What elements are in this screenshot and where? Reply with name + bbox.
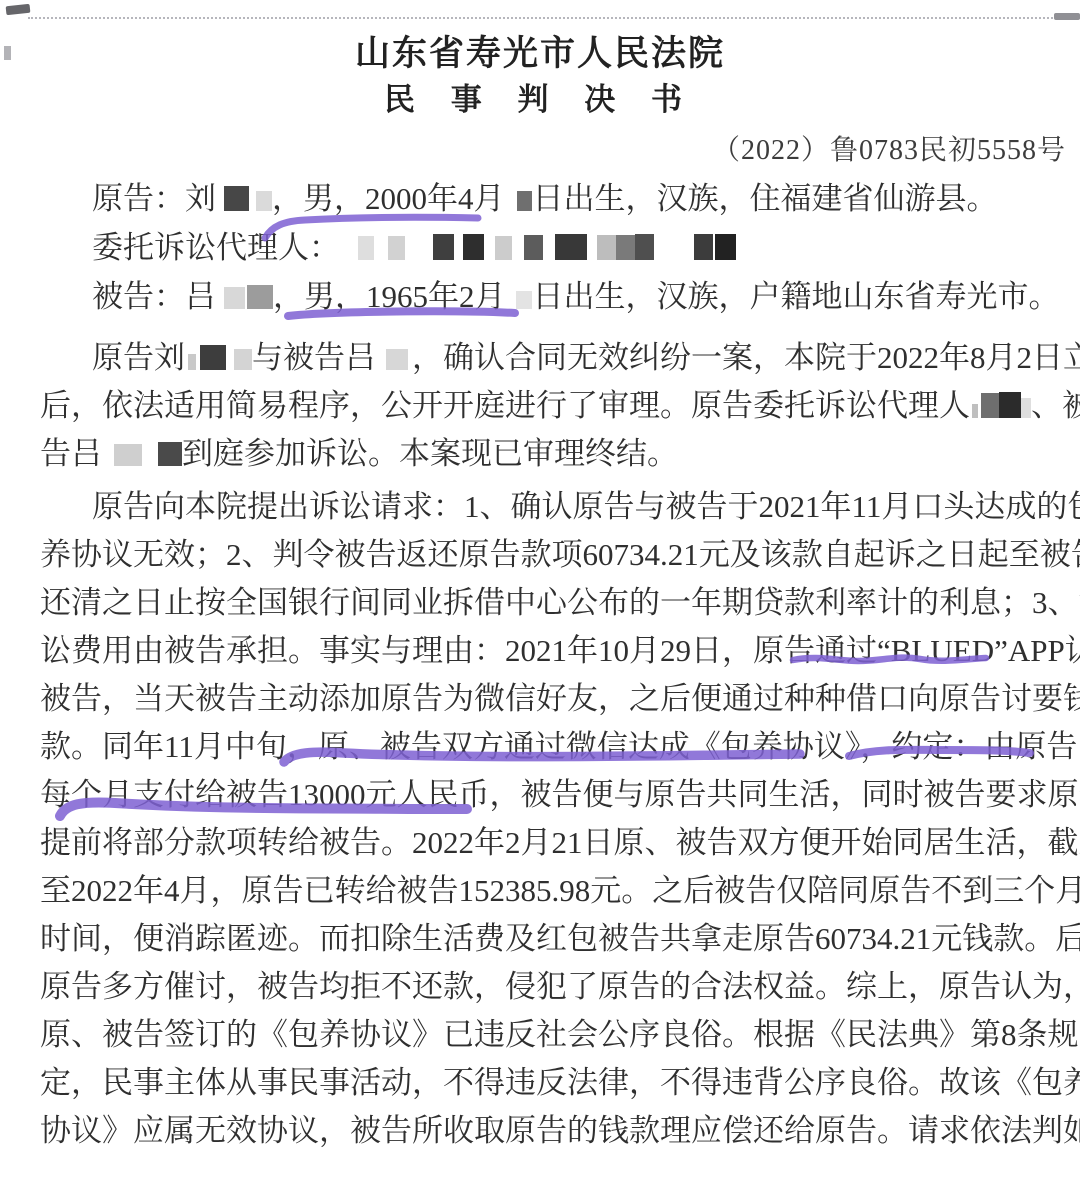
case-number: （2022）鲁0783民初5558号	[712, 128, 1066, 168]
claims-line: 还清之日止按全国银行间同业拆借中心公布的一年期贷款利率计的利息；3、诉	[40, 585, 1032, 621]
claims-line: 每个月支付给被告13000元人民币，被告便与原告共同生活，同时被告要求原告	[40, 777, 1032, 813]
claims-line: 原、被告签订的《包养协议》已违反社会公序良俗。根据《民法典》第8条规	[40, 1017, 1032, 1053]
redaction-block	[386, 349, 408, 370]
plaintiff-suffix: 日出生，汉族，住福建省仙游县。	[533, 181, 998, 216]
procedure-text: ，确认合同无效纠纷一案，本院于2022年8月2日立案	[412, 340, 1080, 375]
agent-line: 委托诉讼代理人：	[40, 230, 1032, 266]
claims-line: 原告向本院提出诉讼请求：1、确认原告与被告于2021年11月口头达成的包	[40, 489, 1032, 525]
redaction-block	[635, 234, 654, 260]
plaintiff-prefix: 原告：刘	[92, 181, 216, 216]
claims-line: 原告多方催讨，被告均拒不还款，侵犯了原告的合法权益。综上，原告认为，	[40, 969, 1032, 1005]
redaction-block	[256, 191, 272, 211]
claims-line: 协议》应属无效协议，被告所收取原告的钱款理应偿还给原告。请求依法判如	[40, 1113, 1032, 1149]
redaction-block	[224, 287, 245, 309]
judgment-document-page: 山东省寿光市人民法院 民 事 判 决 书 （2022）鲁0783民初5558号 …	[0, 0, 1080, 1183]
plaintiff-birthdate: ，男，2000年4月	[272, 181, 505, 216]
procedure-text: 到庭参加诉讼。本案现已审理终结。	[182, 436, 678, 471]
redaction-block	[981, 393, 999, 418]
redaction-block	[495, 236, 512, 260]
redaction-block	[114, 444, 142, 466]
redaction-block	[555, 234, 587, 260]
procedure-text: 、被	[1031, 388, 1080, 423]
scan-mark-top-left	[6, 4, 31, 15]
claims-line: 至2022年4月，原告已转给被告152385.98元。之后被告仅陪同原告不到三个…	[40, 873, 1032, 909]
agent-label: 委托诉讼代理人：	[92, 230, 340, 265]
procedure-text: 原告刘	[92, 340, 185, 375]
redaction-block	[597, 235, 616, 260]
redaction-block	[972, 404, 978, 418]
redaction-block	[224, 186, 249, 211]
procedure-line-3: 告吕到庭参加诉讼。本案现已审理终结。	[40, 436, 1032, 472]
scan-dotted-line	[28, 17, 1080, 19]
procedure-text: 告吕	[40, 436, 102, 471]
redaction-block	[358, 236, 374, 260]
redaction-block	[524, 235, 543, 260]
defendant-birthdate: ，男，1965年2月	[273, 279, 506, 314]
procedure-text: 与被告吕	[252, 340, 376, 375]
court-name: 山东省寿光市人民法院	[0, 26, 1080, 76]
defendant-prefix: 被告：吕	[92, 279, 216, 314]
claims-line: 养协议无效；2、判令被告返还原告款项60734.21元及该款自起诉之日起至被告	[40, 537, 1032, 573]
claims-line: 讼费用由被告承担。事实与理由：2021年10月29日，原告通过“BLUED”AP…	[40, 633, 1032, 669]
claims-line: 被告，当天被告主动添加原告为微信好友，之后便通过种种借口向原告讨要钱	[40, 681, 1032, 717]
redaction-block	[463, 234, 484, 260]
redaction-block	[158, 442, 182, 466]
redaction-block	[616, 235, 635, 260]
redaction-block	[247, 285, 273, 309]
redaction-block	[433, 234, 454, 260]
claims-line: 提前将部分款项转给被告。2022年2月21日原、被告双方便开始同居生活，截止	[40, 825, 1032, 861]
procedure-line-1: 原告刘与被告吕，确认合同无效纠纷一案，本院于2022年8月2日立案	[40, 340, 1032, 376]
redaction-block	[200, 345, 226, 370]
claims-line: 款。同年11月中旬，原、被告双方通过微信达成《包养协议》，约定：由原告	[40, 729, 1032, 765]
redaction-block	[999, 392, 1021, 418]
plaintiff-line: 原告：刘，男，2000年4月日出生，汉族，住福建省仙游县。	[40, 181, 1032, 217]
redaction-block	[388, 236, 405, 260]
redaction-block	[715, 234, 736, 260]
redaction-block	[1021, 398, 1031, 418]
procedure-line-2: 后，依法适用简易程序，公开开庭进行了审理。原告委托诉讼代理人、被	[40, 388, 1032, 424]
redaction-block	[516, 291, 532, 309]
defendant-suffix: 日出生，汉族，户籍地山东省寿光市。	[533, 279, 1060, 314]
redaction-block	[188, 354, 196, 370]
claims-line: 时间，便消踪匿迹。而扣除生活费及红包被告共拿走原告60734.21元钱款。后经	[40, 921, 1032, 957]
redaction-block	[694, 234, 713, 260]
defendant-line: 被告：吕，男，1965年2月日出生，汉族，户籍地山东省寿光市。	[40, 279, 1032, 315]
redaction-block	[517, 191, 532, 211]
claims-line: 定，民事主体从事民事活动，不得违反法律，不得违背公序良俗。故该《包养	[40, 1065, 1032, 1101]
scan-mark-top-right	[1054, 13, 1080, 20]
redaction-block	[234, 349, 252, 370]
document-title: 民 事 判 决 书	[0, 74, 1080, 119]
procedure-text: 后，依法适用简易程序，公开开庭进行了审理。原告委托诉讼代理人	[40, 388, 970, 423]
